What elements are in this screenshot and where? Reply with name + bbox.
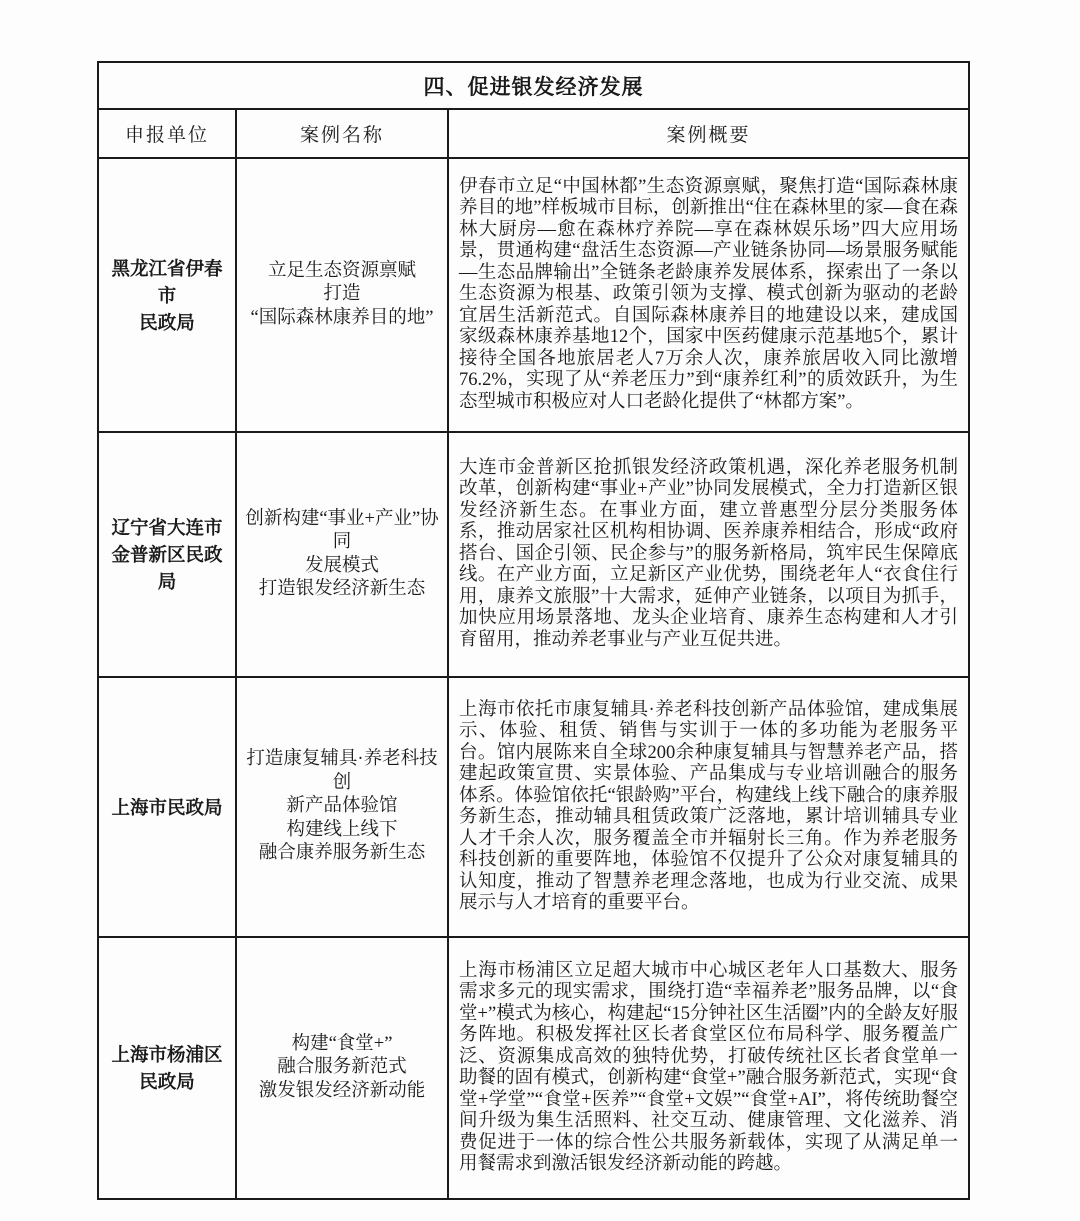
table-row: 辽宁省大连市 金普新区民政局 创新构建“事业+产业”协同 发展模式 打造银发经济…	[98, 432, 969, 677]
table-row: 上海市杨浦区 民政局 构建“食堂+” 融合服务新范式 激发银发经济新动能 上海市…	[98, 937, 969, 1199]
table-row: 黑龙江省伊春市 民政局 立足生态资源禀赋 打造 “国际森林康养目的地” 伊春市立…	[98, 158, 969, 432]
table-title-row: 四、促进银发经济发展	[98, 62, 969, 109]
unit-cell: 上海市杨浦区 民政局	[98, 937, 236, 1199]
table-header-row: 申报单位 案例名称 案例概要	[98, 109, 969, 158]
document-page: 四、促进银发经济发展 申报单位 案例名称 案例概要 黑龙江省伊春市 民政局 立足…	[0, 0, 1080, 1221]
case-name-cell: 打造康复辅具·养老科技创 新产品体验馆 构建线上线下 融合康养服务新生态	[236, 677, 448, 937]
summary-cell: 上海市杨浦区立足超大城市中心城区老年人口基数大、服务需求多元的现实需求，围绕打造…	[448, 937, 969, 1199]
table-row: 上海市民政局 打造康复辅具·养老科技创 新产品体验馆 构建线上线下 融合康养服务…	[98, 677, 969, 937]
unit-cell: 黑龙江省伊春市 民政局	[98, 158, 236, 432]
unit-cell: 上海市民政局	[98, 677, 236, 937]
summary-cell: 伊春市立足“中国林都”生态资源禀赋，聚焦打造“国际森林康养目的地”样板城市目标，…	[448, 158, 969, 432]
case-name-cell: 创新构建“事业+产业”协同 发展模式 打造银发经济新生态	[236, 432, 448, 677]
case-name-cell: 构建“食堂+” 融合服务新范式 激发银发经济新动能	[236, 937, 448, 1199]
column-header-unit: 申报单位	[98, 109, 236, 158]
unit-cell: 辽宁省大连市 金普新区民政局	[98, 432, 236, 677]
case-name-cell: 立足生态资源禀赋 打造 “国际森林康养目的地”	[236, 158, 448, 432]
summary-cell: 上海市依托市康复辅具·养老科技创新产品体验馆，建成集展示、体验、租赁、销售与实训…	[448, 677, 969, 937]
column-header-case-name: 案例名称	[236, 109, 448, 158]
summary-cell: 大连市金普新区抢抓银发经济政策机遇，深化养老服务机制改革，创新构建“事业+产业”…	[448, 432, 969, 677]
case-table: 四、促进银发经济发展 申报单位 案例名称 案例概要 黑龙江省伊春市 民政局 立足…	[97, 61, 970, 1200]
column-header-summary: 案例概要	[448, 109, 969, 158]
section-title: 四、促进银发经济发展	[98, 62, 969, 109]
